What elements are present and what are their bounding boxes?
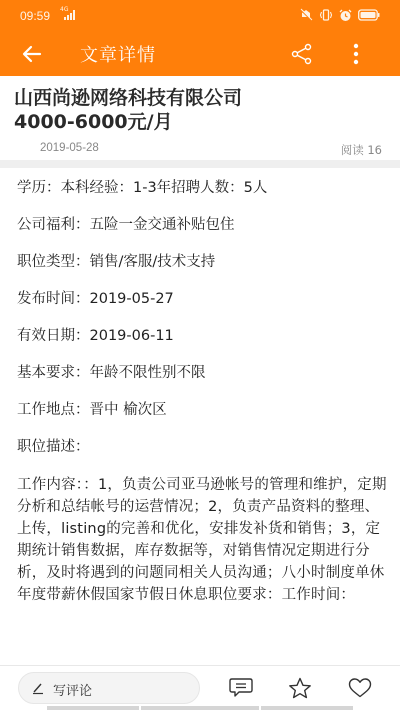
mute-icon [299, 8, 313, 22]
detail-value: 晋中 榆次区 [90, 402, 167, 418]
detail-label: 职位类型： [17, 254, 90, 270]
detail-value: 五险一金交通补贴包住 [90, 217, 235, 233]
detail-label: 发布时间： [17, 291, 90, 307]
detail-label: 基本要求： [17, 365, 90, 381]
detail-benefits: 公司福利：五险一金交通补贴包住 [17, 215, 387, 235]
battery-icon [358, 9, 380, 21]
detail-requirements: 基本要求：年龄不限性别不限 [17, 363, 387, 383]
detail-description-label: 职位描述： [17, 437, 387, 457]
detail-label: 有效日期： [17, 328, 90, 344]
status-bar: 09:59 4G [0, 0, 400, 32]
favorite-button[interactable] [287, 676, 313, 700]
detail-value: 本科经验：1-3年招聘人数：5人 [61, 180, 268, 196]
detail-education: 学历：本科经验：1-3年招聘人数：5人 [17, 178, 387, 198]
arrow-left-icon [16, 40, 48, 68]
comment-placeholder: 写评论 [53, 680, 92, 699]
article-title: 山西尚逊网络科技有限公司 4000-6000元/月 [14, 86, 394, 134]
back-button[interactable] [16, 40, 48, 68]
detail-value: 销售/客服/技术支持 [90, 254, 216, 270]
bottom-action-bar: 写评论 [0, 665, 400, 710]
job-description: 工作内容：：1，负责公司亚马逊帐号的管理和维护，定期分析和总结帐号的运营情况；2… [17, 474, 387, 606]
detail-valid-date: 有效日期：2019-06-11 [17, 326, 387, 346]
article-title-salary: 4000-6000元/月 [14, 110, 394, 134]
nav-indicator [261, 706, 353, 710]
star-icon [287, 676, 313, 700]
signal-icon: 4G [60, 10, 75, 20]
share-button[interactable] [288, 40, 316, 68]
detail-label: 工作地点： [17, 402, 90, 418]
detail-publish-date: 发布时间：2019-05-27 [17, 289, 387, 309]
more-vertical-icon [344, 40, 368, 68]
section-divider [0, 160, 400, 168]
comments-button[interactable] [228, 676, 254, 700]
nav-indicator [141, 706, 259, 710]
article-title-company: 山西尚逊网络科技有限公司 [14, 86, 394, 110]
like-button[interactable] [347, 676, 373, 700]
detail-label: 公司福利： [17, 217, 90, 233]
article-body: 学历：本科经验：1-3年招聘人数：5人 公司福利：五险一金交通补贴包住 职位类型… [17, 178, 387, 606]
pen-icon [31, 681, 45, 695]
detail-label: 学历： [17, 180, 61, 196]
heart-icon [347, 676, 373, 700]
vibrate-icon [319, 8, 333, 22]
alarm-icon [339, 9, 352, 22]
detail-value: 年龄不限性别不限 [90, 365, 206, 381]
detail-location: 工作地点：晋中 榆次区 [17, 400, 387, 420]
comment-icon [228, 676, 254, 700]
nav-indicator [47, 706, 139, 710]
page-title: 文章详情 [80, 41, 156, 67]
detail-value: 2019-06-11 [90, 328, 174, 344]
write-comment-input[interactable]: 写评论 [18, 672, 200, 704]
article-date: 2019-05-28 [40, 142, 99, 154]
detail-label: 职位描述： [17, 439, 90, 455]
share-icon [288, 40, 316, 68]
detail-value: 2019-05-27 [90, 291, 174, 307]
status-time: 09:59 [20, 9, 50, 23]
detail-job-type: 职位类型：销售/客服/技术支持 [17, 252, 387, 272]
read-count: 阅读 16 [341, 142, 382, 158]
network-type: 4G [60, 6, 68, 13]
more-button[interactable] [344, 40, 368, 68]
app-bar: 文章详情 [0, 32, 400, 76]
article-header: 山西尚逊网络科技有限公司 4000-6000元/月 2019-05-28 阅读 … [0, 76, 400, 160]
